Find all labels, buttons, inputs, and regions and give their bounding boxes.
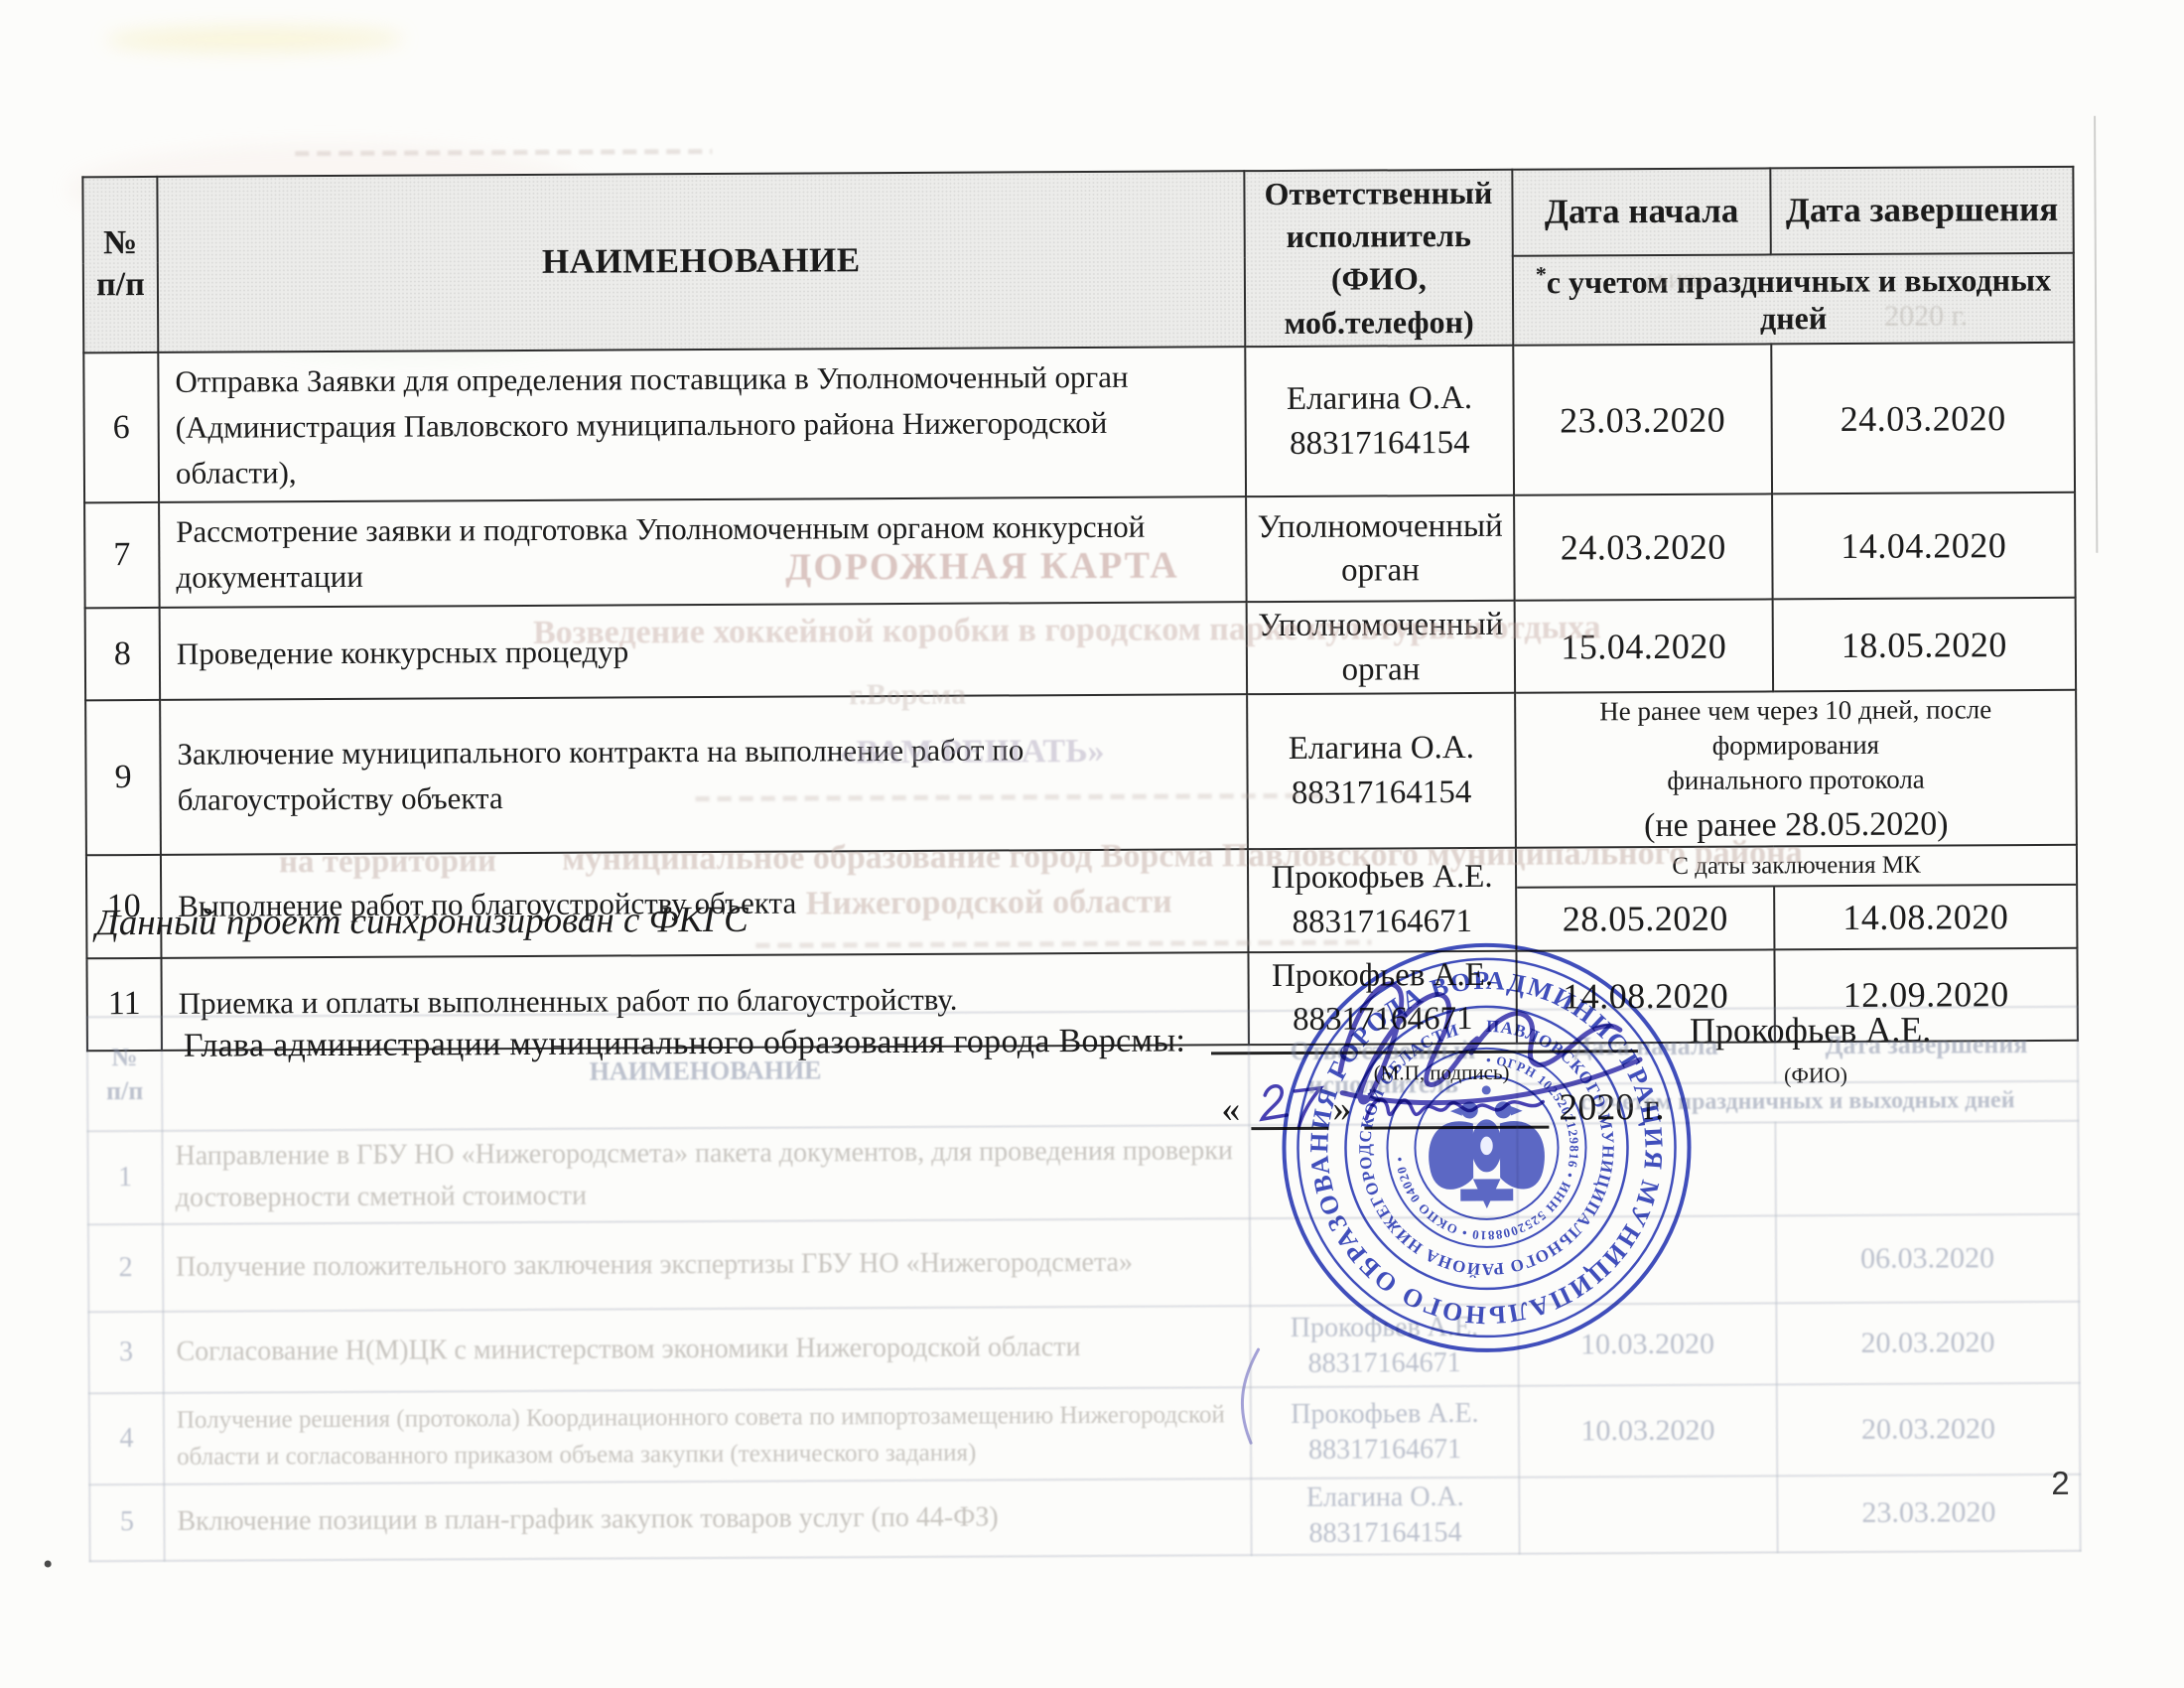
scan-smear [106,26,404,54]
table-row: 7 Рассмотрение заявки и подготовка Уполн… [84,492,2076,608]
ink-dot [45,1561,52,1568]
ghost-row-date-end: 20.03.2020 [1777,1383,2080,1477]
table-row: 8 Проведение конкурсных процедур Уполном… [85,598,2076,701]
col-header-date-end: Дата завершения [1770,167,2073,254]
ghost-table: № п/п НАИМЕНОВАНИЕ Ответственный исполни… [86,1006,2082,1562]
ghost-table-wrap: № п/п НАИМЕНОВАНИЕ Ответственный исполни… [86,1006,2082,1562]
row-executor: Уполномоченный орган [1246,495,1515,602]
row-task-name: Рассмотрение заявки и подготовка Уполном… [159,497,1247,608]
col-header-executor: Ответственный исполнитель (ФИО, моб.теле… [1244,170,1513,347]
table-row: 9 Заключение муниципального контракта на… [85,690,2077,855]
row-date-end: 24.03.2020 [1771,343,2075,494]
ghost-row-task: Согласование Н(М)ЦК с министерством экон… [163,1306,1250,1393]
row-executor: Уполномоченный орган [1247,601,1515,695]
row-executor: Елагина О.А. 88317164154 [1245,346,1514,497]
table-header-row: № п/п НАИМЕНОВАНИЕ Ответственный исполни… [82,167,2073,263]
row-date-end: 14.08.2020 [1775,885,2076,948]
merged-note-line1: Не ранее чем через 10 дней, после формир… [1517,692,2074,765]
merged-note-line3: (не ранее 28.05.2020) [1518,804,2075,845]
scanned-document-page: № п/п НАИМЕНОВАНИЕ Ответственный исполни… [0,0,2184,1688]
ghost-row-date-end [1775,1121,2078,1216]
row-date-end: 14.04.2020 [1772,492,2076,599]
row-task-name: Отправка Заявки для определения поставщи… [158,347,1246,502]
row-date-merged-note: Не ранее чем через 10 дней, после формир… [1515,690,2077,847]
ghost-row-number: 3 [88,1312,163,1393]
ghost-row-task: Включение позиции в план-график закупок … [164,1478,1251,1561]
stray-pen-mark [1233,1347,1274,1447]
row-task-name: Заключение муниципального контракта на в… [160,694,1248,854]
row-date-end: 18.05.2020 [1773,598,2076,692]
row-executor: Прокофьев А.Е. 88317164671 [1248,847,1517,951]
signature-scrawl [1311,942,1670,1118]
date-quote-open: « [1221,1087,1240,1131]
dates-note-text: с учетом праздничных и выходных дней [1547,262,2051,337]
row-number: 11 [86,957,161,1050]
dates-note-cell: *с учетом праздничных и выходных дней [1513,253,2074,346]
paper-edge-shadow [2094,116,2098,553]
ghost-row-task: Направление в ГБУ НО «Нижегородсмета» па… [162,1125,1249,1224]
row-task-name: Проведение конкурсных процедур [160,602,1247,700]
ghost-row-executor: Прокофьев А.Е. 88317164671 [1251,1386,1519,1478]
ghost-row-date-end: 06.03.2020 [1776,1214,2079,1304]
ghost-row-number: 4 [89,1393,164,1484]
row-number: 8 [85,608,160,700]
ghost-row-task: Получение положительного заключения эксп… [163,1218,1250,1312]
col-header-num: № п/п [82,177,158,352]
ghost-row-date-end: 23.03.2020 [1777,1475,2080,1552]
row-number: 6 [83,352,159,503]
row-number: 9 [85,700,161,855]
ghost-row-date-end: 20.03.2020 [1776,1302,2079,1385]
ghost-row-date-start [1519,1476,1777,1553]
col-header-name: НАИМЕНОВАНИЕ [157,171,1245,352]
footnote-mark: * [1536,262,1547,287]
page-number: 2 [2051,1465,2070,1502]
ghost-row-task: Получение решения (протокола) Координаци… [164,1387,1251,1484]
ghost-row-number: 5 [89,1484,164,1561]
row-number: 7 [84,502,160,608]
ghost-row-executor: Елагина О.А. 88317164154 [1251,1477,1519,1555]
signatory-name: Прокофьев А.Е. [1690,1009,1932,1052]
signature-title: Глава администрации муниципального образ… [184,1023,1185,1065]
dates-subheader: С даты заключения МК [1517,845,2076,888]
ghost-row-date-start: 10.03.2020 [1519,1384,1777,1477]
row-date-start: 23.03.2020 [1513,344,1772,495]
col-header-date-start: Дата начала [1512,168,1770,255]
bleed-noise-line [295,149,712,156]
row-executor: Елагина О.А. 88317164154 [1247,693,1516,849]
row-date-start: 24.03.2020 [1514,494,1773,601]
row-date-start: 15.04.2020 [1515,600,1773,693]
merged-note-line2: финального протокола [1517,762,2074,799]
row-dates-compound: С даты заключения МК 28.05.2020 14.08.20… [1516,844,2078,950]
ghost-row-number: 1 [87,1131,162,1224]
signatory-name-caption: (ФИО) [1784,1062,1847,1088]
scan-content: № п/п НАИМЕНОВАНИЕ Ответственный исполни… [0,0,2184,1688]
ghost-row-number: 2 [88,1224,163,1312]
table-row: 6 Отправка Заявки для определения постав… [83,343,2075,503]
sync-note: Данный проект синхронизирован с ФКГС [95,899,749,944]
